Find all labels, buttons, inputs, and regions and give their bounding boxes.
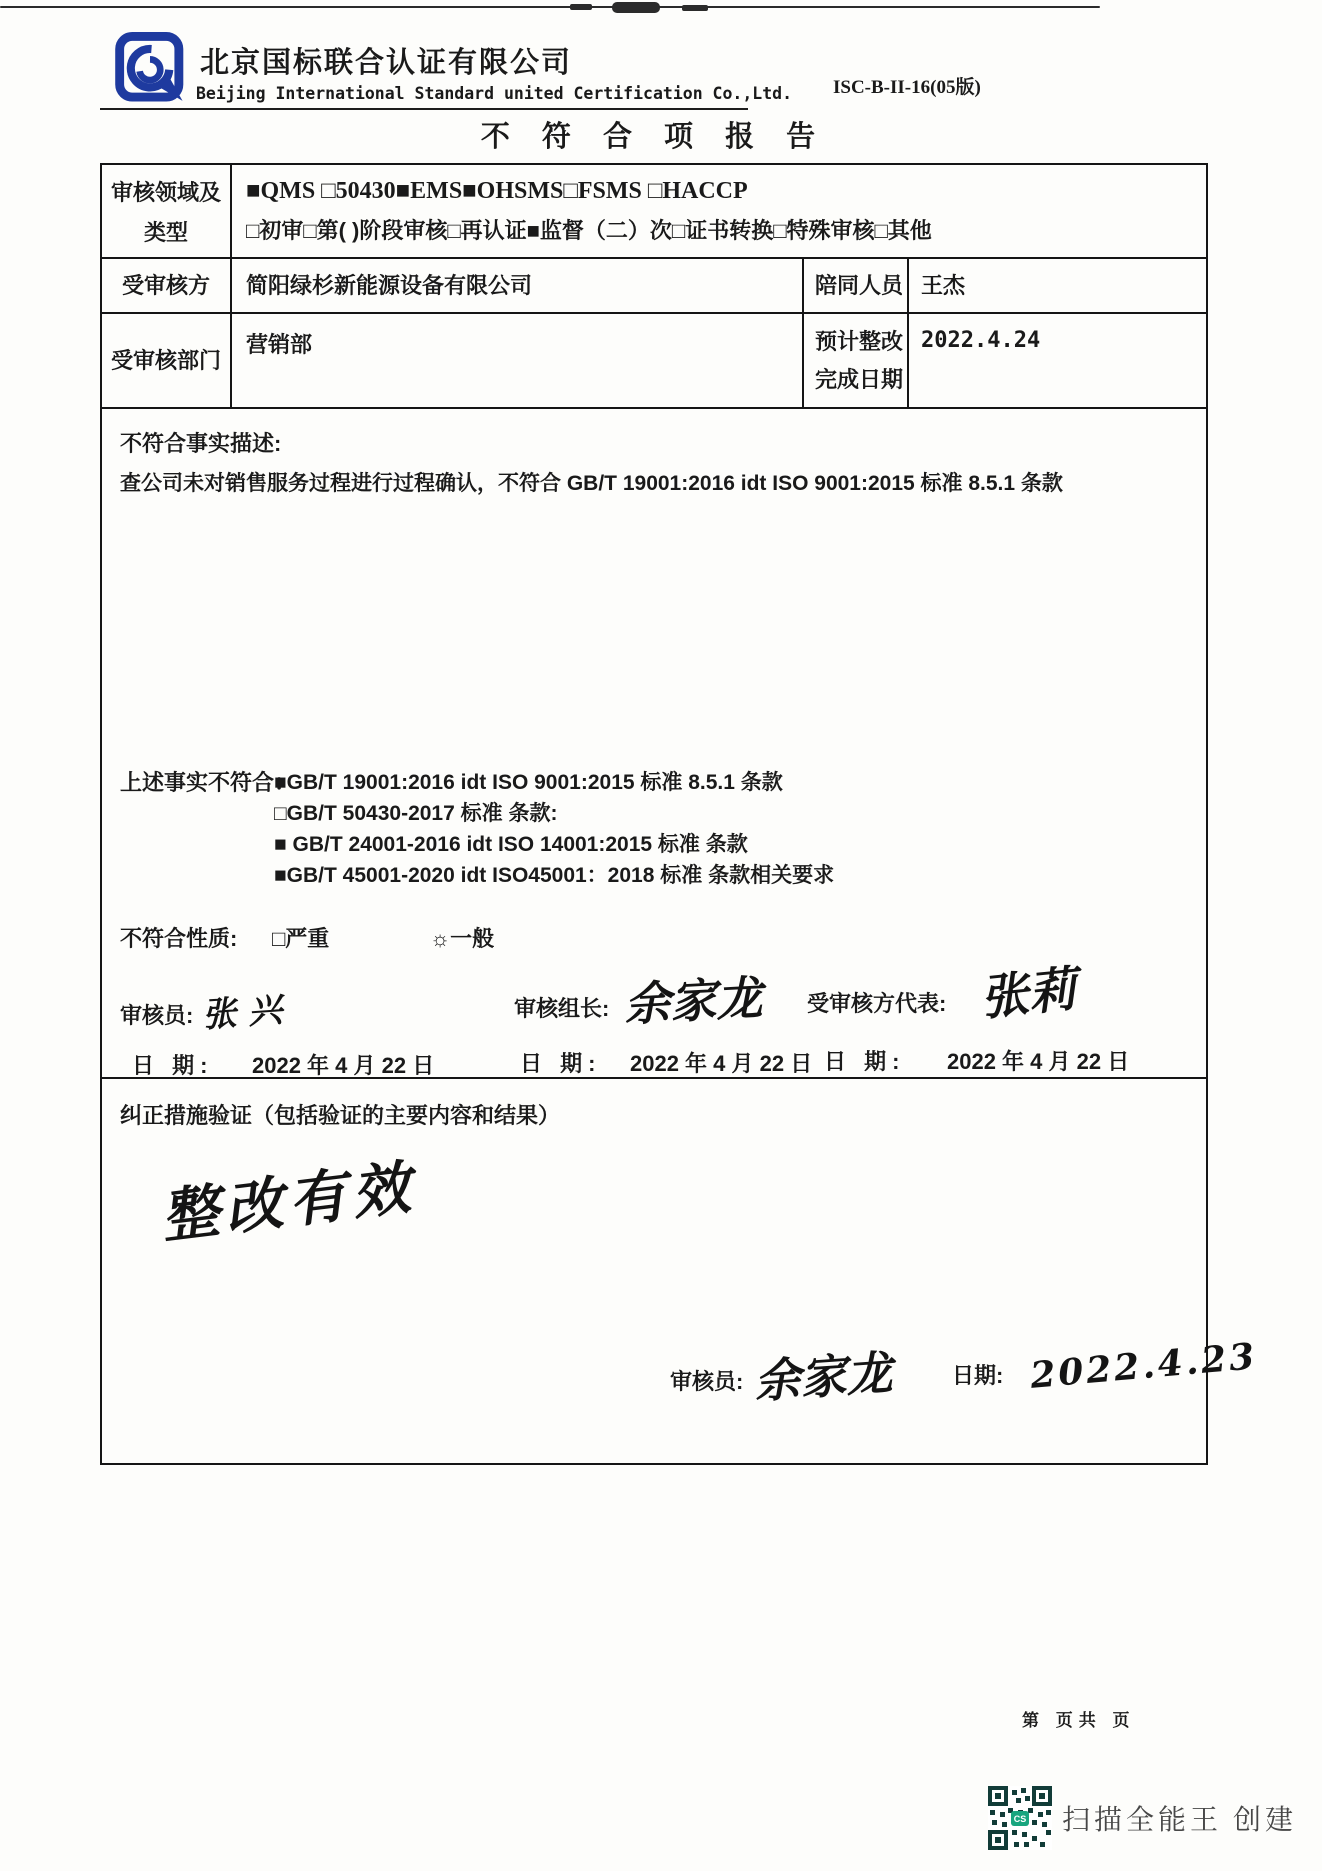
- finding-heading: 不符合事实描述:: [120, 427, 281, 458]
- qr-code-icon: CS: [988, 1786, 1052, 1850]
- audit-field-label-cell: 审核领域及 类型: [102, 165, 230, 257]
- page-number-footer: 第 页共 页: [1022, 1706, 1135, 1731]
- row-auditee: 受审核方 简阳绿杉新能源设备有限公司 陪同人员 王杰: [102, 257, 1206, 314]
- date-label-3: 日 期:: [824, 1045, 905, 1076]
- standard-item: ■ GB/T 24001-2016 idt ISO 14001:2015 标准 …: [274, 829, 834, 860]
- deadline-label-line2: 完成日期: [815, 363, 903, 394]
- date-label-1: 日 期:: [132, 1049, 213, 1080]
- auditor-signature: 张 兴: [200, 982, 283, 1036]
- auditee-label: 受审核方: [122, 269, 210, 300]
- auditee-label-cell: 受审核方: [102, 257, 230, 312]
- audit-field-content-cell: ■QMS □50430■EMS■OHSMS□FSMS □HACCP □初审□第(…: [232, 165, 1206, 257]
- date-value-3: 2022 年 4 月 22 日: [947, 1045, 1129, 1076]
- audit-field-label-line2: 类型: [144, 216, 188, 247]
- lead-auditor-signature: 余家龙: [622, 961, 763, 1034]
- verification-heading: 纠正措施验证（包括验证的主要内容和结果）: [120, 1099, 560, 1130]
- department-value: 营销部: [246, 328, 312, 359]
- company-name-cn: 北京国标联合认证有限公司: [200, 40, 572, 81]
- scanned-document-page: 北京国标联合认证有限公司 Beijing International Stand…: [0, 0, 1322, 1871]
- audit-field-label-line1: 审核领域及: [111, 176, 221, 207]
- scan-artifact-blob: [682, 5, 708, 11]
- column-divider: [802, 312, 804, 407]
- row-audit-field: 审核领域及 类型 ■QMS □50430■EMS■OHSMS□FSMS □HAC…: [102, 165, 1206, 259]
- verification-result-handwriting: 整改有效: [156, 1140, 420, 1255]
- escort-label: 陪同人员: [815, 269, 903, 300]
- deadline-value: 2022.4.24: [921, 328, 1040, 353]
- header-divider: [100, 108, 748, 110]
- department-label: 受审核部门: [111, 344, 221, 375]
- deadline-label-line1: 预计整改: [815, 325, 903, 356]
- scan-artifact-blob: [570, 4, 592, 10]
- systems-checkbox-line: ■QMS □50430■EMS■OHSMS□FSMS □HACCP: [246, 178, 748, 205]
- scan-artifact-line: [0, 6, 1100, 8]
- escort-value-cell: 王杰: [909, 257, 1206, 312]
- row-verification: 纠正措施验证（包括验证的主要内容和结果） 整改有效 审核员: 余家龙 日期: 2…: [102, 1077, 1206, 1463]
- standard-item: ■GB/T 45001-2020 idt ISO45001：2018 标准 条款…: [274, 860, 834, 891]
- nature-option-severe: □严重: [272, 922, 329, 953]
- auditee-value: 简阳绿杉新能源设备有限公司: [246, 269, 532, 300]
- company-logo-icon: [113, 31, 187, 107]
- department-label-cell: 受审核部门: [102, 312, 230, 407]
- escort-label-cell: 陪同人员: [809, 257, 911, 312]
- verification-date-handwriting: 2022.4.23: [1029, 1335, 1259, 1397]
- nature-option-general: ☼一般: [430, 922, 494, 953]
- escort-value: 王杰: [921, 269, 965, 300]
- auditee-rep-label: 受审核方代表:: [807, 987, 946, 1018]
- deadline-value-cell: 2022.4.24: [909, 312, 1206, 407]
- finding-description: 查公司未对销售服务过程进行过程确认，不符合 GB/T 19001:2016 id…: [120, 467, 1063, 497]
- scanner-credit: 扫描全能王 创建: [1062, 1798, 1297, 1838]
- auditor-label: 审核员:: [120, 999, 193, 1030]
- company-name-en: Beijing International Standard united Ce…: [196, 84, 792, 103]
- audit-type-checkbox-line: □初审□第( )阶段审核□再认证■监督（二）次□证书转换□特殊审核□其他: [246, 214, 932, 245]
- svg-text:CS: CS: [1014, 1814, 1027, 1824]
- standards-label: 上述事实不符合：: [120, 767, 296, 798]
- auditee-value-cell: 简阳绿杉新能源设备有限公司: [232, 257, 814, 312]
- form-code: ISC-B-II-16(05版): [833, 72, 981, 99]
- row-finding: 不符合事实描述: 查公司未对销售服务过程进行过程确认，不符合 GB/T 1900…: [102, 407, 1206, 1079]
- standards-list: ■GB/T 19001:2016 idt ISO 9001:2015 标准 8.…: [274, 767, 834, 891]
- standard-item: □GB/T 50430-2017 标准 条款:: [274, 798, 834, 829]
- auditee-rep-signature: 张莉: [977, 950, 1080, 1029]
- date-label-2: 日 期:: [520, 1047, 601, 1078]
- deadline-label-cell: 预计整改 完成日期: [809, 312, 905, 407]
- row-department: 受审核部门 营销部 预计整改 完成日期 2022.4.24: [102, 312, 1206, 409]
- date-value-1: 2022 年 4 月 22 日: [252, 1049, 434, 1080]
- nature-label: 不符合性质:: [120, 922, 237, 953]
- report-table: 审核领域及 类型 ■QMS □50430■EMS■OHSMS□FSMS □HAC…: [100, 163, 1208, 1465]
- scan-artifact-blob: [612, 2, 660, 13]
- cs-badge: CS: [1011, 1811, 1029, 1826]
- verification-auditor-label: 审核员:: [670, 1365, 743, 1396]
- date-value-2: 2022 年 4 月 22 日: [630, 1047, 812, 1078]
- department-value-cell: 营销部: [232, 312, 800, 407]
- standard-item: ■GB/T 19001:2016 idt ISO 9001:2015 标准 8.…: [274, 767, 834, 798]
- verification-date-label: 日期:: [952, 1359, 1003, 1390]
- page-title: 不 符 合 项 报 告: [100, 114, 1208, 155]
- verification-auditor-signature: 余家龙: [752, 1336, 894, 1411]
- lead-auditor-label: 审核组长:: [514, 992, 609, 1023]
